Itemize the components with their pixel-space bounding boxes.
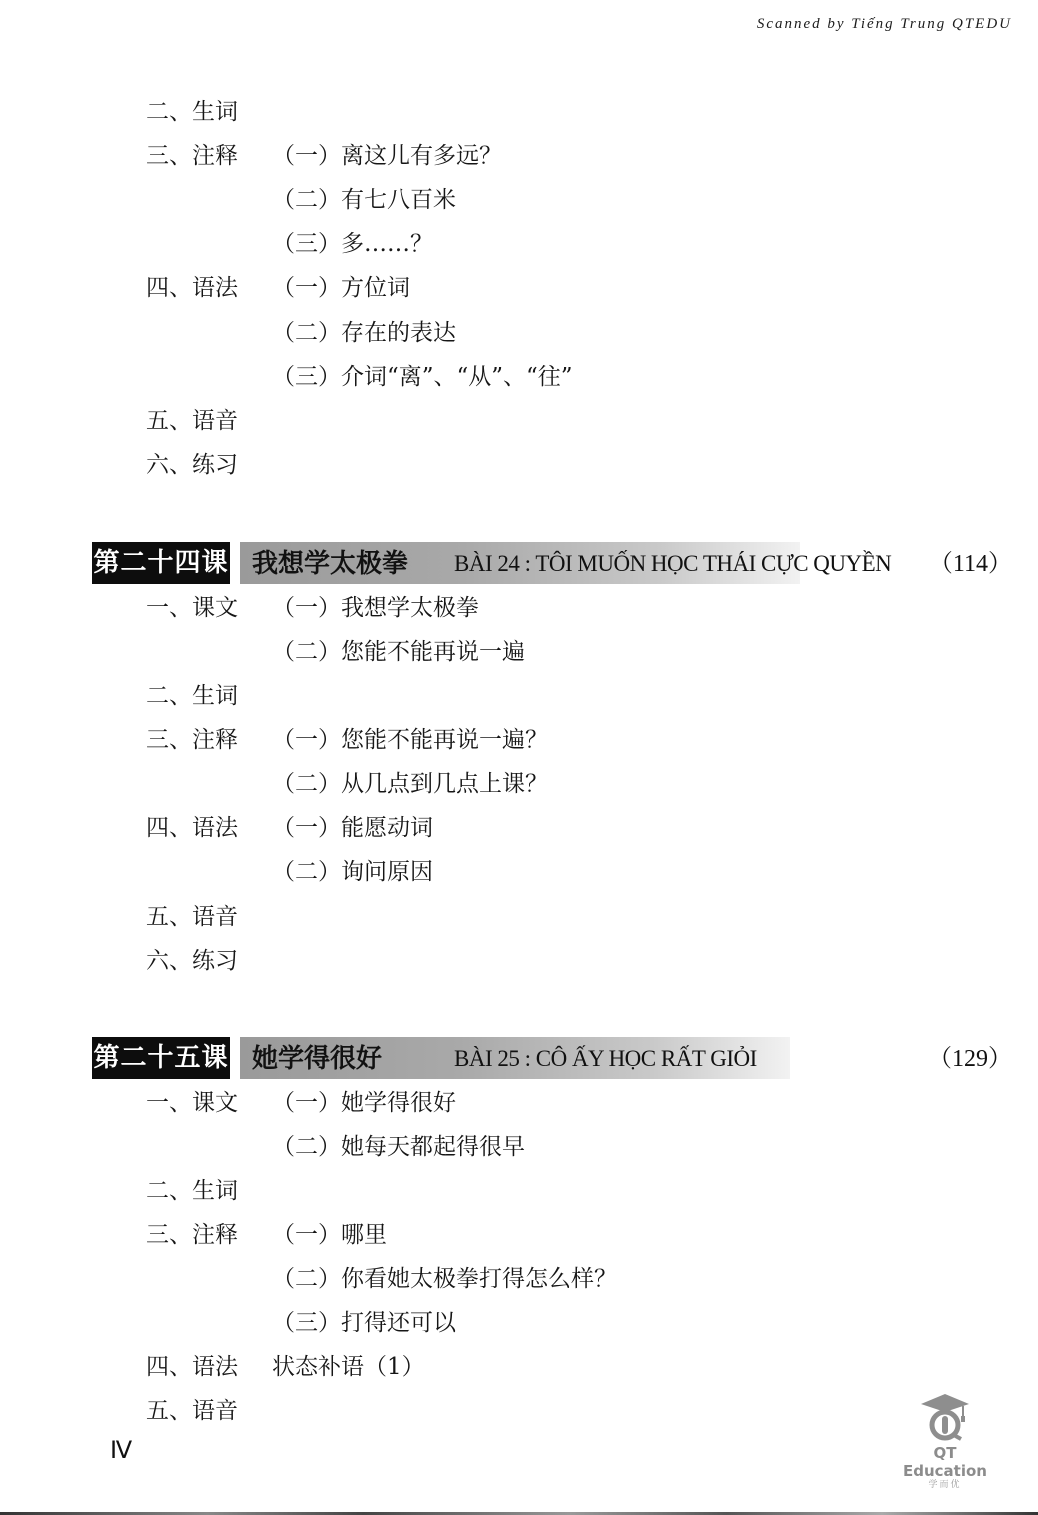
toc-section[interactable]: 六、练习 (146, 941, 238, 981)
toc-subsection[interactable]: （二）询问原因 (272, 852, 433, 892)
toc-subsection[interactable]: （二）您能不能再说一遍 (272, 632, 525, 672)
toc-section: 三、注释 (146, 136, 238, 176)
lesson-page-number: （129） (928, 1037, 1012, 1081)
toc-subsection[interactable]: （二）从几点到几点上课？ (272, 764, 548, 804)
toc-subsection[interactable]: 状态补语（1） (272, 1347, 425, 1387)
toc-subsection[interactable]: （二）你看她太极拳打得怎么样？ (272, 1259, 617, 1299)
toc-subsection[interactable]: （二）她每天都起得很早 (272, 1127, 525, 1167)
logo-name: QT Education (890, 1444, 1000, 1480)
lesson-title-chinese: 她学得很好 (252, 1037, 382, 1081)
toc-section: 一、课文 (146, 588, 238, 628)
toc-subsection[interactable]: （一）您能不能再说一遍？ (272, 720, 548, 760)
toc-subsection[interactable]: （一）我想学太极拳 (272, 588, 479, 628)
lesson-title-vietnamese: BÀI 25 : CÔ ẤY HỌC RẤT GIỎI (454, 1037, 757, 1081)
lesson-header-24[interactable]: 第二十四课 我想学太极拳 BÀI 24 : TÔI MUỐN HỌC THÁI … (92, 542, 1012, 584)
qt-education-logo: QT Education 学而优 (890, 1392, 1000, 1484)
toc-subsection[interactable]: （二）有七八百米 (272, 180, 456, 220)
lesson-number-label: 第二十五课 (92, 1037, 230, 1079)
toc-subsection[interactable]: （一）哪里 (272, 1215, 387, 1255)
lesson-page-number: （114） (929, 542, 1012, 586)
lesson-title-chinese: 我想学太极拳 (252, 542, 408, 586)
lesson-number-label: 第二十四课 (92, 542, 230, 584)
toc-section: 四、语法 (146, 808, 238, 848)
toc-subsection[interactable]: （一）离这儿有多远？ (272, 136, 502, 176)
toc-section: 一、课文 (146, 1083, 238, 1123)
toc-section[interactable]: 二、生词 (146, 676, 238, 716)
toc-subsection[interactable]: （三）打得还可以 (272, 1303, 456, 1343)
toc-section: 四、语法 (146, 268, 238, 308)
toc-section: 三、注释 (146, 720, 238, 760)
toc-subsection[interactable]: （一）能愿动词 (272, 808, 433, 848)
lesson-header-25[interactable]: 第二十五课 她学得很好 BÀI 25 : CÔ ẤY HỌC RẤT GIỎI … (92, 1037, 1012, 1079)
toc-subsection[interactable]: （三）介词“离”、“从”、“往” (272, 357, 573, 397)
toc-section: 三、注释 (146, 1215, 238, 1255)
lesson-title-vietnamese: BÀI 24 : TÔI MUỐN HỌC THÁI CỰC QUYỀN (454, 542, 891, 586)
toc-section[interactable]: 六、练习 (146, 445, 238, 485)
graduation-cap-icon (917, 1392, 973, 1442)
toc-subsection[interactable]: （一）方位词 (272, 268, 410, 308)
toc-section[interactable]: 五、语音 (146, 1391, 238, 1431)
page-number: Ⅳ (110, 1436, 130, 1465)
toc-section: 二、生词 (146, 92, 238, 132)
scanned-by-watermark: Scanned by Tiếng Trung QTEDU (757, 16, 1012, 33)
toc-section: 四、语法 (146, 1347, 238, 1387)
toc-section[interactable]: 五、语音 (146, 897, 238, 937)
toc-section[interactable]: 二、生词 (146, 1171, 238, 1211)
toc-subsection[interactable]: （三）多……？ (272, 224, 433, 264)
toc-subsection[interactable]: （二）存在的表达 (272, 313, 456, 353)
toc-subsection[interactable]: （一）她学得很好 (272, 1083, 456, 1123)
logo-tagline: 学而优 (890, 1480, 1000, 1490)
toc-section[interactable]: 五、语音 (146, 401, 238, 441)
